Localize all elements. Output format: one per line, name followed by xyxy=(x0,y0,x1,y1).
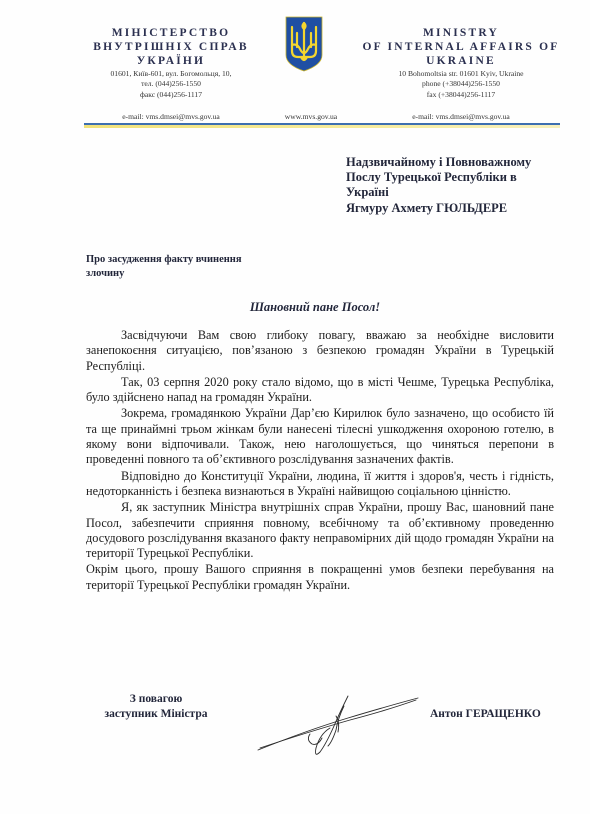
addressee-line-3: Україні xyxy=(346,185,586,200)
closing-title: заступник Міністра xyxy=(86,707,226,722)
letterhead: МІНІСТЕРСТВО ВНУТРІШНІХ СПРАВ УКРАЇНИ 01… xyxy=(0,0,590,130)
subject-line-2: злочину xyxy=(86,267,286,281)
closing-regards: З повагою xyxy=(86,692,226,707)
ministry-phone: тел. (044)256-1550 xyxy=(82,79,260,88)
letterhead-ukrainian: МІНІСТЕРСТВО ВНУТРІШНІХ СПРАВ УКРАЇНИ 01… xyxy=(82,26,260,99)
body-paragraph-2: Так, 03 серпня 2020 року стало відомо, щ… xyxy=(86,375,554,406)
ministry-email: e-mail: vms.dmsei@mvs.gov.ua xyxy=(82,112,260,121)
addressee-name: Ягмуру Ахмету ГЮЛЬДЕРЕ xyxy=(346,201,586,216)
body-paragraph-4: Відповідно до Конституції України, людин… xyxy=(86,469,554,500)
body-paragraph-3: Зокрема, громадянкою України Дар’єю Кири… xyxy=(86,406,554,467)
ministry-name-line-1: МІНІСТЕРСТВО xyxy=(82,26,260,40)
body-paragraph-1: Засвідчуючи Вам свою глибоку повагу, вва… xyxy=(86,328,554,374)
body-paragraph-6: Окрім цього, прошу Вашого сприяння в пок… xyxy=(86,562,554,593)
addressee-line-2: Послу Турецької Республіки в xyxy=(346,170,586,185)
ministry-name-line-2: ВНУТРІШНІХ СПРАВ xyxy=(82,40,260,54)
signer-name: Антон ГЕРАЩЕНКО xyxy=(430,708,580,720)
ministry-name-line-3: УКРАЇНИ xyxy=(82,54,260,68)
letter-page: МІНІСТЕРСТВО ВНУТРІШНІХ СПРАВ УКРАЇНИ 01… xyxy=(0,0,590,814)
letterhead-divider-yellow xyxy=(84,125,560,128)
ministry-fax: факс (044)256-1117 xyxy=(82,90,260,99)
subject-block: Про засудження факту вчинення злочину xyxy=(86,253,286,281)
addressee-line-1: Надзвичайному і Повноважному xyxy=(346,155,586,170)
subject-line-1: Про засудження факту вчинення xyxy=(86,253,286,267)
ministry-address-en: 10 Bohomoltsia str. 01601 Kyiv, Ukraine xyxy=(357,69,565,78)
ministry-website: www.mvs.gov.ua xyxy=(275,112,347,121)
ministry-email-en: e-mail: vms.dmsei@mvs.gov.ua xyxy=(357,112,565,121)
ministry-fax-en: fax (+38044)256-1117 xyxy=(357,90,565,99)
ministry-name-en-line-2: OF INTERNAL AFFAIRS OF xyxy=(357,40,565,54)
body-paragraph-5: Я, як заступник Міністра внутрішніх спра… xyxy=(86,500,554,561)
letterhead-english: MINISTRY OF INTERNAL AFFAIRS OF UKRAINE … xyxy=(357,26,565,99)
closing-block: З повагою заступник Міністра xyxy=(86,692,226,722)
letter-body: Засвідчуючи Вам свою глибоку повагу, вва… xyxy=(86,328,554,593)
ministry-phone-en: phone (+38044)256-1550 xyxy=(357,79,565,88)
ministry-name-en-line-3: UKRAINE xyxy=(357,54,565,68)
signature-icon xyxy=(248,688,428,758)
ministry-name-en-line-1: MINISTRY xyxy=(357,26,565,40)
coat-of-arms-icon xyxy=(284,15,324,73)
addressee-block: Надзвичайному і Повноважному Послу Турец… xyxy=(346,155,586,216)
salutation: Шановний пане Посол! xyxy=(0,300,590,315)
ministry-address: 01601, Київ-601, вул. Богомольця, 10, xyxy=(82,69,260,78)
